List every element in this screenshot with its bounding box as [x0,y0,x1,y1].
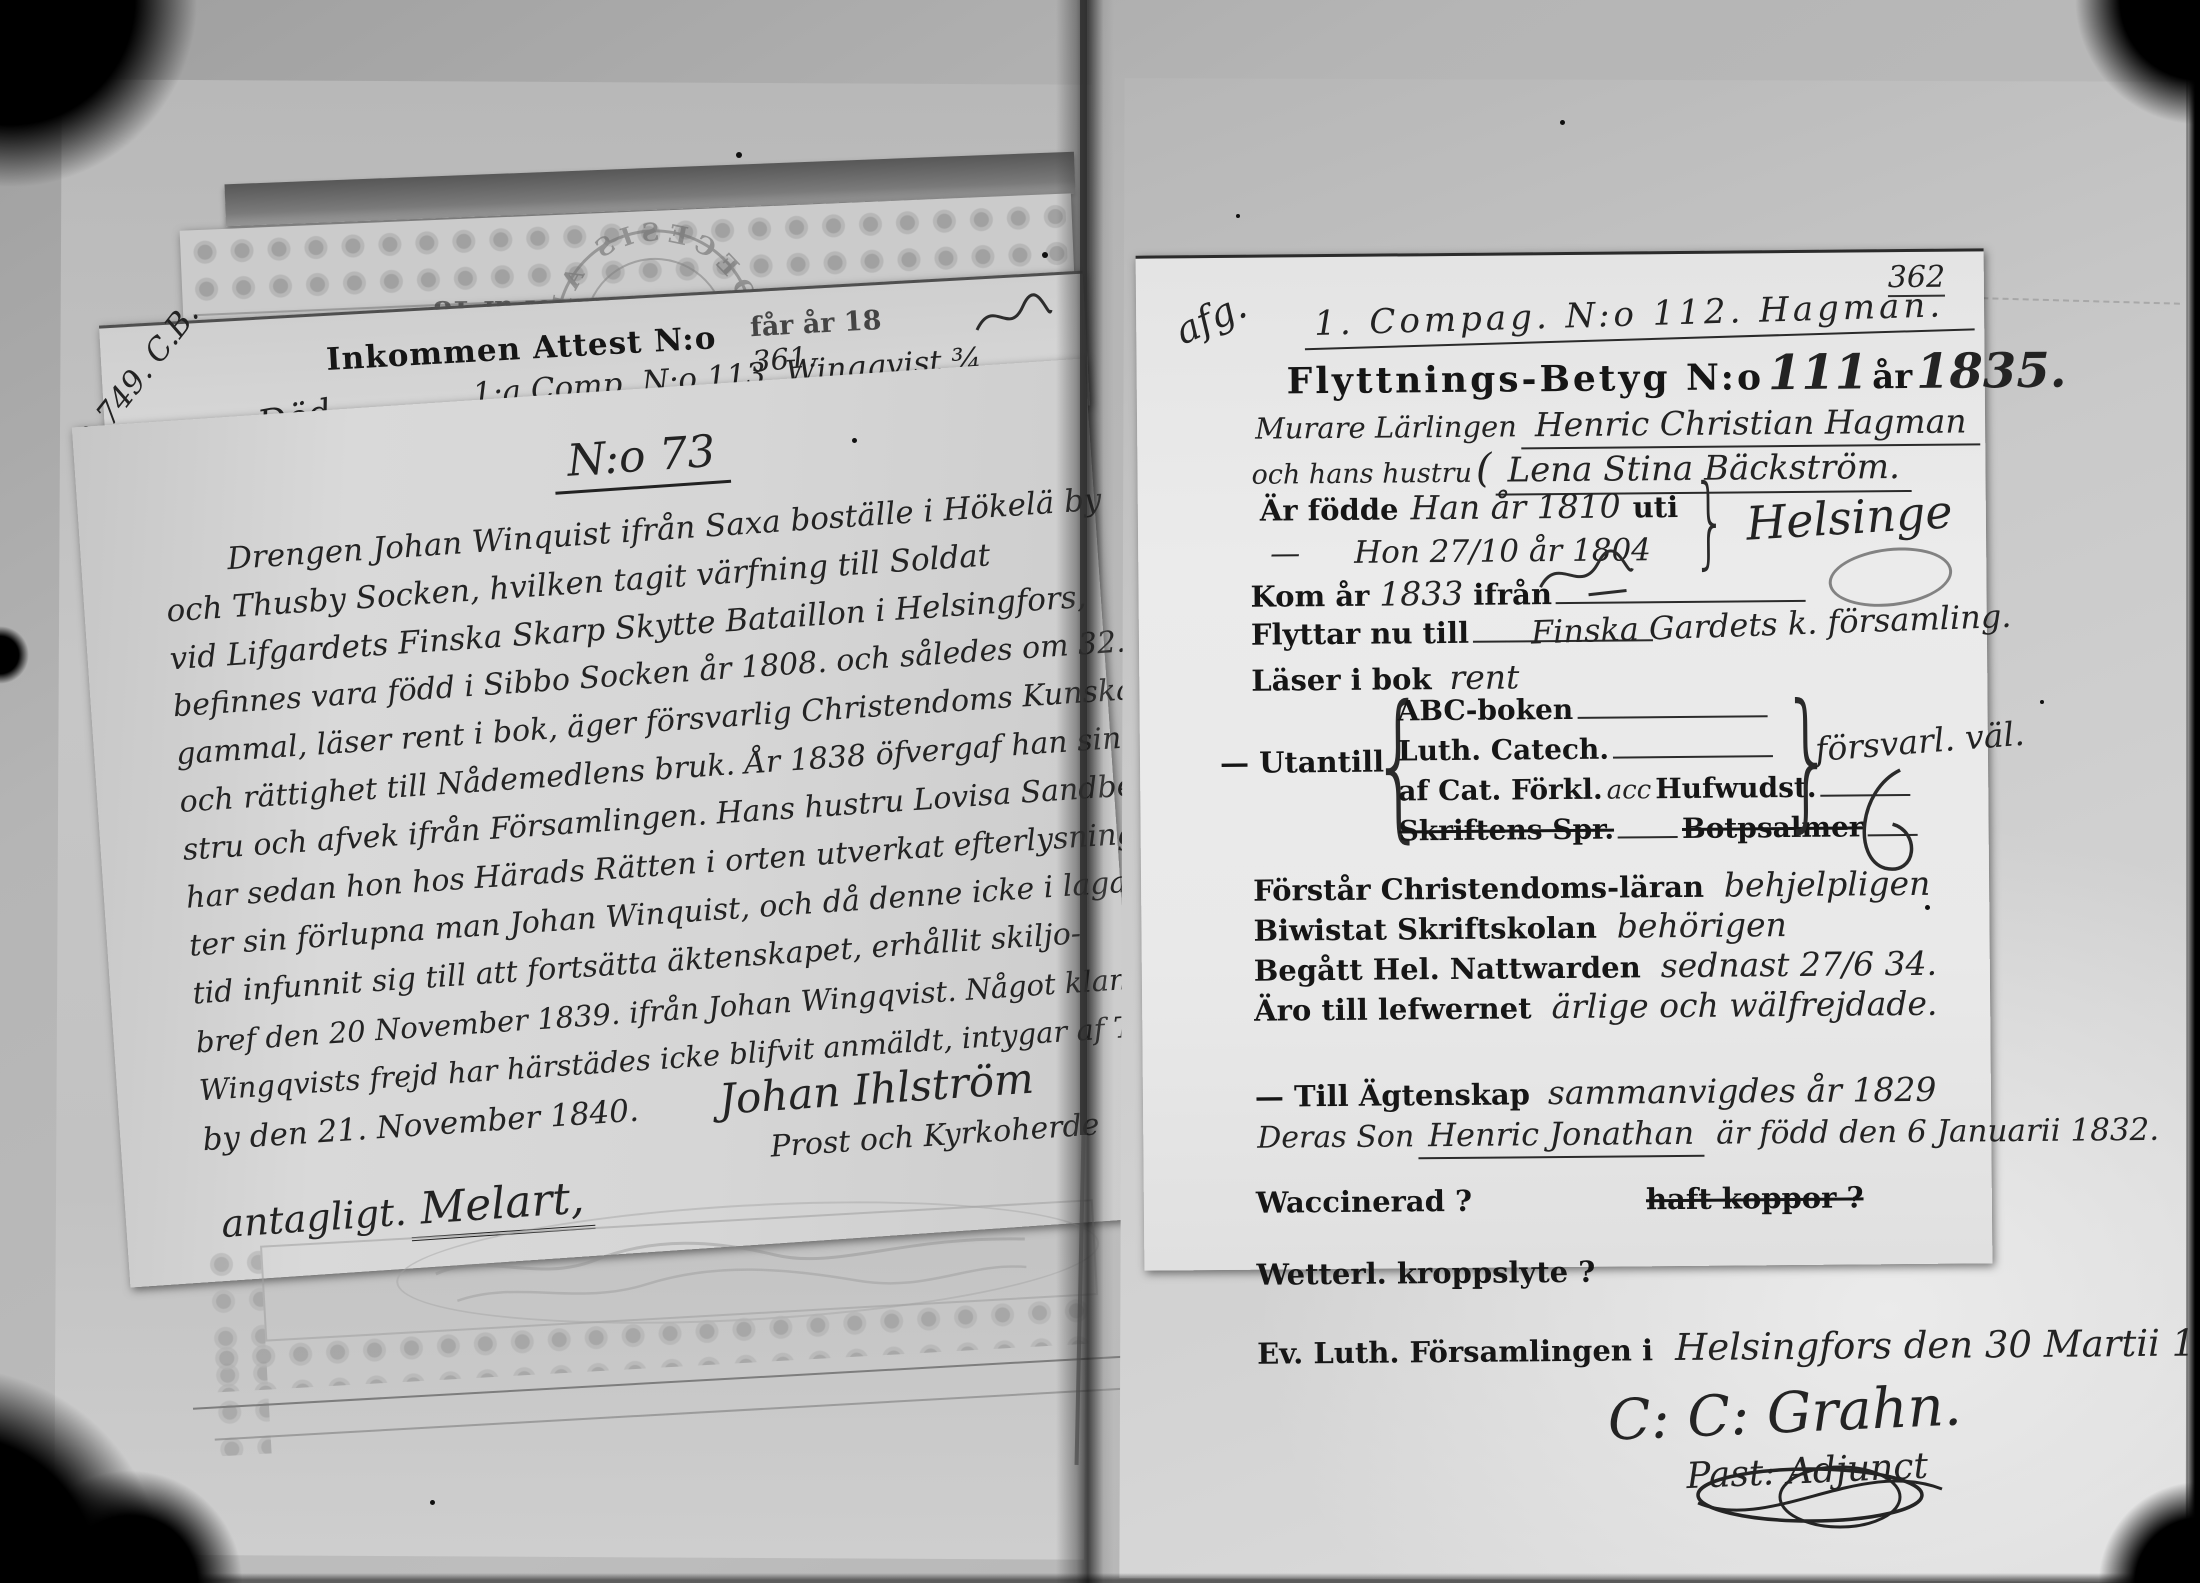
spouse-paren: ( [1476,446,1492,492]
cat-insert-value: acc [1607,775,1652,805]
archival-photo: Afgångne Attest N:o för år 18 OECESIS AB… [0,0,2200,1583]
conduct-row: Äro till lefwernet ärlige och wälfrejdad… [1254,984,1938,1029]
deformity-label: Wetterl. kroppslyte ? [1256,1255,1595,1292]
conduct-value: ärlige och wälfrejdade. [1535,984,1937,1027]
son-row: Deras Son Henric Jonathan är född den 6 … [1257,1110,2159,1156]
skrift-label: Skriftens Spr. [1398,813,1614,848]
pox-label: haft koppor ? [1476,1180,1864,1217]
marriage-value: sammanvigdes år 1829 [1534,1070,1937,1113]
attest-document: N:o 73 Drengen Johan Winquist ifrån Saxa… [72,358,1143,1287]
right-folio-number: 362 [1888,260,1946,297]
person-name: Henric Christian Hagman [1521,401,1981,449]
born-brace: } [1692,472,1728,572]
incoming-attest-suffix: får år 18 [749,305,882,343]
form-heading: Flyttnings-Betyg N:o 111 år 1835. [1286,343,2066,406]
botpsalmer-label: Botpsalmer [1682,810,1864,845]
pastor-signature-paraph [1690,1455,1950,1535]
sheet-edge-line [215,1387,1144,1441]
form-heading-year: 1835. [1916,343,2067,400]
son-label: Deras Son [1257,1119,1414,1155]
marriage-row: — Till Ägtenskap sammanvigdes år 1829 [1255,1070,1937,1115]
utantill-label: — Utantill [1220,745,1384,780]
luth-fill-line [1613,739,1773,758]
communion-row: Begått Hel. Nattwarden sednast 27/6 34. [1254,944,1938,989]
conduct-label: Äro till lefwernet [1254,991,1532,1027]
abc-fill-line [1577,699,1767,719]
utantill-abc-row: ABC-boken [1397,691,1767,727]
school-label: Biwistat Skriftskolan [1253,911,1597,948]
born-place-value: Helsinge [1744,484,1954,551]
reads-value: rent [1435,657,1519,697]
school-value: behörigen [1601,905,1787,946]
utantill-luth-row: Luth. Catech. [1398,731,1773,767]
born-row: Är födde Han år 1810 uti [1260,486,1679,529]
outgoing-margin-note: afg. [1168,283,1253,353]
born-label: Är födde [1260,492,1399,527]
attest-title: N:o 73 [552,425,732,495]
routing-paraph [965,288,1055,348]
understanding-row: Förstår Christendoms-läran behjelpligen [1253,864,1931,909]
understanding-label: Förstår Christendoms-läran [1253,870,1704,908]
luth-label: Luth. Catech. [1398,733,1609,768]
parish-label: Ev. Luth. Församlingen i [1257,1333,1653,1370]
form-heading-printed: Flyttnings-Betyg N:o [1287,356,1765,402]
cat-label: af Cat. Förkl. [1398,773,1603,808]
parish-value: Helsingfors den 30 Martii 1835. [1657,1321,2200,1369]
spine-dark-line [1080,0,1087,1135]
vaccinated-label: Waccinerad ? [1256,1184,1472,1220]
form-heading-number: 111 [1768,344,1869,401]
person-row: Murare Lärlingen Henric Christian Hagman [1255,401,1981,446]
came-year-value: 1833 [1373,574,1469,614]
communion-value: sednast 27/6 34. [1645,944,1938,986]
moves-label: Flyttar nu till [1251,616,1469,652]
spouse-label: och hans hustru [1251,458,1472,491]
form-heading-year-label: år [1872,357,1912,397]
parish-row: Ev. Luth. Församlingen i Helsingfors den… [1257,1321,2200,1373]
communion-label: Begått Hel. Nattwarden [1254,950,1641,987]
underlying-bordered-document [142,1164,1162,1520]
son-name: Henric Jonathan [1418,1114,1704,1159]
right-routing-line: 1. Compag. N:o 112. Hagman. [1304,284,1975,350]
came-label: Kom år [1250,579,1369,614]
ditto-paraph [1528,546,1638,603]
person-occupation: Murare Lärlingen [1255,409,1517,445]
left-folio-number: 361. [751,339,818,378]
born-she-dash: — [1270,536,1300,571]
abc-label: ABC-boken [1397,693,1573,728]
born-he-value: Han år 1810 [1402,486,1628,527]
vaccinated-row: Waccinerad ? haft koppor ? [1256,1180,1864,1219]
marriage-label: — Till Ägtenskap [1255,1077,1530,1113]
school-row: Biwistat Skriftskolan behörigen [1253,905,1787,949]
skrift-fill-line [1618,820,1678,839]
uti-label: uti [1632,490,1678,524]
understanding-value: behjelpligen [1708,864,1931,905]
flyttnings-betyg-form: afg. 1. Compag. N:o 112. Hagman. 362 Fly… [1136,248,1993,1270]
son-birth-value: är född den 6 Januarii 1832. [1708,1112,2159,1152]
